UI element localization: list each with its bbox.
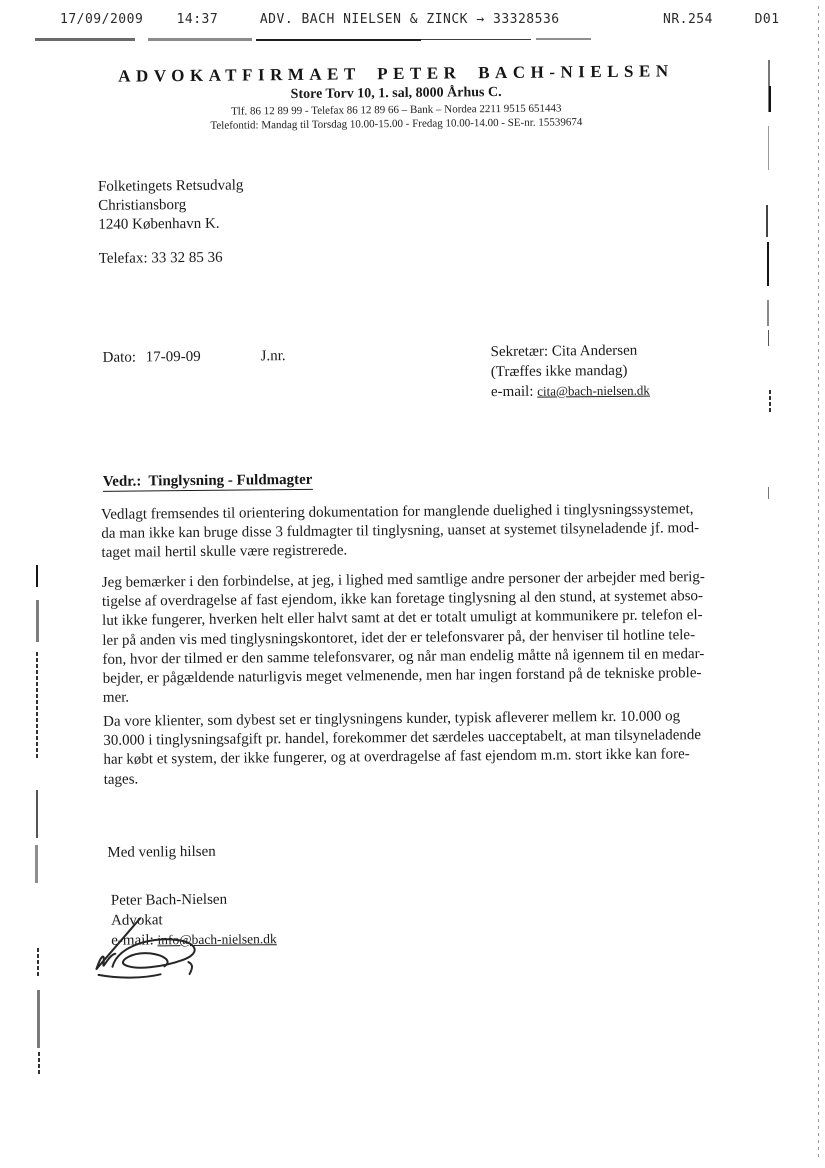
recipient-telefax: Telefax: 33 32 85 36 (99, 249, 223, 270)
scan-mark (768, 126, 769, 170)
scan-mark (769, 86, 771, 112)
secretary-block: Sekretær: Cita Andersen (Træffes ikke ma… (490, 342, 649, 403)
secretary-note: (Træffes ikke mandag) (491, 361, 650, 382)
subject-line: Vedr.: Tinglysning - Fuldmagter (103, 472, 313, 492)
handwritten-signature (88, 916, 229, 983)
secretary-name: Sekretær: Cita Andersen (490, 342, 649, 363)
scan-mark (768, 487, 769, 499)
scan-edge-dotted-line (818, 6, 819, 1160)
scan-mark (35, 845, 38, 883)
scan-mark (766, 205, 768, 237)
date-value: 17-09-09 (146, 349, 201, 366)
paragraph-3: Da vore klienter, som dybest set er ting… (103, 706, 794, 789)
scanned-fax-letter: { "colors": { "ink": "#1c1c1c", "paper":… (0, 0, 825, 1168)
scan-mark (767, 242, 769, 286)
journal-number-label: J.nr. (261, 347, 286, 367)
scan-mark (769, 390, 771, 412)
date-row: Dato: 17-09-09 (103, 348, 201, 368)
letterhead: ADVOKATFIRMAET PETER BACH-NIELSEN Store … (0, 60, 796, 134)
secretary-email: cita@bach-nielsen.dk (537, 383, 650, 399)
scan-mark (36, 790, 38, 838)
scan-mark (36, 600, 39, 642)
scan-mark (36, 565, 38, 587)
scan-mark (768, 330, 769, 346)
scan-mark (37, 990, 40, 1048)
paragraph-2: Jeg bemærker i den forbindelse, at jeg, … (102, 567, 793, 708)
letter-body: ADVOKATFIRMAET PETER BACH-NIELSEN Store … (0, 0, 825, 1168)
date-label: Dato: (103, 350, 136, 366)
scan-mark (36, 652, 38, 760)
scan-mark (37, 948, 39, 976)
salutation: Med venlig hilsen (107, 843, 216, 864)
scan-mark (38, 1052, 40, 1076)
recipient-address: Folketingets Retsudvalg Christiansborg 1… (98, 171, 789, 235)
secretary-email-label: e-mail: (491, 384, 537, 400)
signer-name: Peter Bach-Nielsen (111, 890, 277, 911)
paragraph-1: Vedlagt fremsendes til orientering dokum… (101, 499, 792, 563)
secretary-email-line: e-mail: cita@bach-nielsen.dk (491, 381, 650, 403)
scan-mark (767, 300, 769, 326)
